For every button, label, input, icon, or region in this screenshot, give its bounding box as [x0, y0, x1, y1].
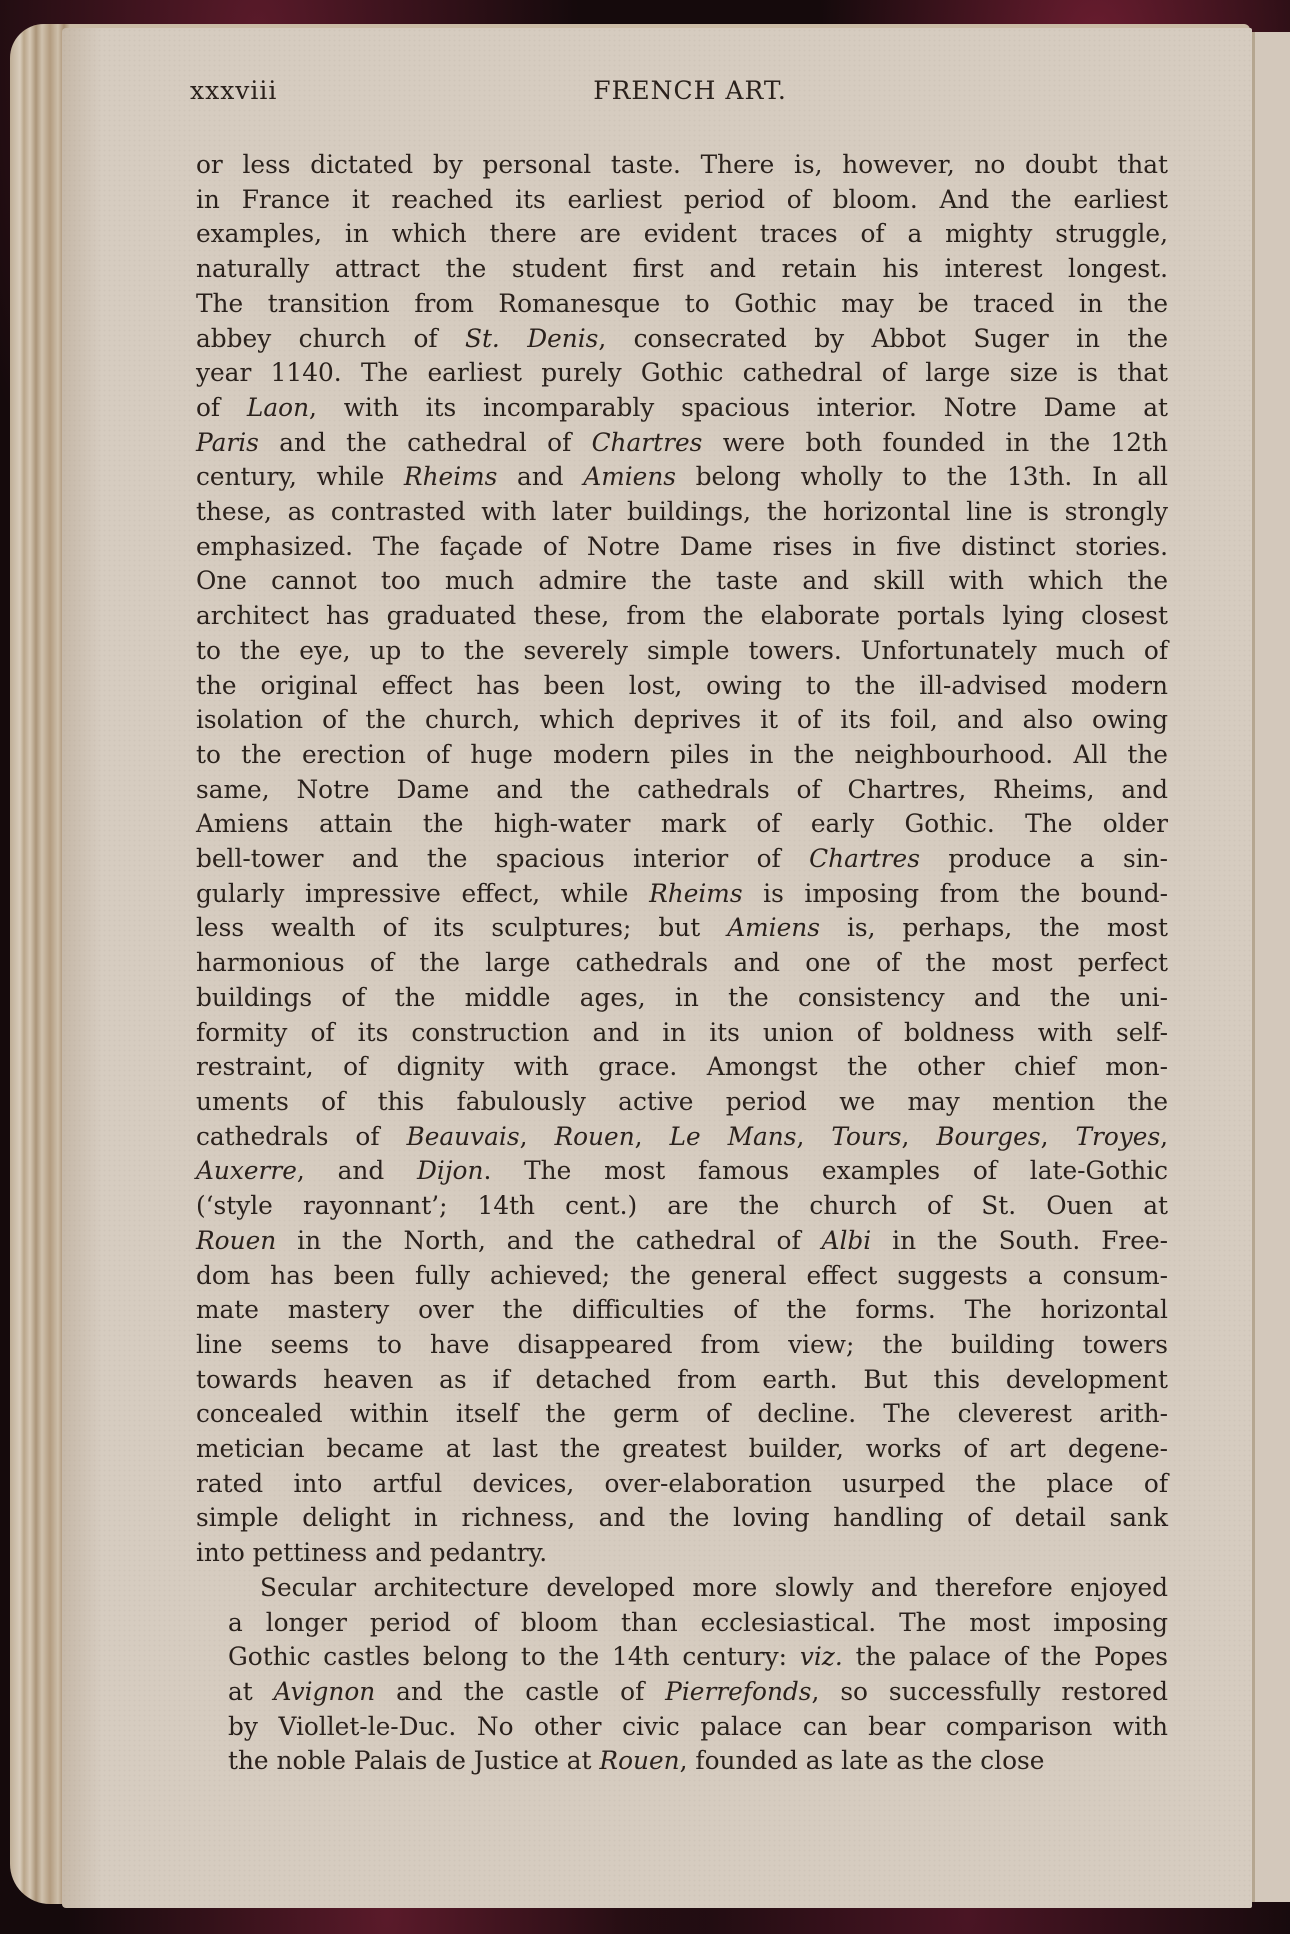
italic-text: St. Denis — [465, 324, 598, 353]
italic-text: Avignon — [274, 1677, 376, 1706]
text-span: , — [520, 1122, 555, 1151]
italic-text: Paris — [196, 428, 259, 457]
text-line: Gothic castles belong to the 14th centur… — [196, 1640, 1168, 1675]
text-line: metician became at last the greatest bui… — [196, 1432, 1168, 1467]
text-span: harmonious of the large cathedrals and o… — [196, 948, 1168, 977]
italic-text: Rheims — [404, 462, 498, 491]
italic-text: Rouen — [196, 1226, 276, 1255]
text-span: gularly impressive effect, while — [196, 879, 649, 908]
text-line: isolation of the church, which deprives … — [196, 703, 1168, 738]
italic-text: Rouen — [599, 1746, 679, 1775]
text-line: or less dictated by personal taste. Ther… — [196, 148, 1168, 183]
text-line: cathedrals of Beauvais, Rouen, Le Mans, … — [196, 1120, 1168, 1155]
italic-text: Bourges — [936, 1122, 1040, 1151]
text-line: to the eye, up to the severely simple to… — [196, 634, 1168, 669]
text-line: Amiens attain the high-water mark of ear… — [196, 807, 1168, 842]
italic-text: Rouen — [554, 1122, 634, 1151]
text-span: dom has been fully achieved; the general… — [196, 1261, 1168, 1290]
text-span: or less dictated by personal taste. Ther… — [196, 150, 1168, 179]
text-line: restraint, of dignity with grace. Amongs… — [196, 1050, 1168, 1085]
text-span: . The most famous examples of late-Gothi… — [483, 1156, 1168, 1185]
italic-text: Le Mans — [670, 1122, 797, 1151]
text-span: , — [1041, 1122, 1076, 1151]
text-span: is imposing from the bound- — [743, 879, 1168, 908]
text-span: , — [635, 1122, 670, 1151]
italic-text: Albi — [822, 1226, 872, 1255]
text-line: dom has been fully achieved; the general… — [196, 1259, 1168, 1294]
italic-text: Amiens — [583, 462, 676, 491]
text-line: to the erection of huge modern piles in … — [196, 738, 1168, 773]
text-line: emphasized. The façade of Notre Dame ris… — [196, 530, 1168, 565]
text-span: to the eye, up to the severely simple to… — [196, 636, 1168, 665]
text-line: Auxerre, and Dijon. The most famous exam… — [196, 1154, 1168, 1189]
text-line: rated into artful devices, over-elaborat… — [196, 1467, 1168, 1502]
text-span: uments of this fabulously active period … — [196, 1087, 1168, 1116]
text-span: Secular architecture developed more slow… — [260, 1573, 1168, 1602]
text-line: towards heaven as if detached from earth… — [196, 1363, 1168, 1398]
text-span: emphasized. The façade of Notre Dame ris… — [196, 532, 1168, 561]
text-line: concealed within itself the germ of decl… — [196, 1397, 1168, 1432]
text-span: mate mastery over the difficulties of th… — [196, 1295, 1168, 1324]
text-line: less wealth of its sculptures; but Amien… — [196, 911, 1168, 946]
running-head: xxxviii FRENCH ART. — [190, 76, 1180, 116]
text-line: Secular architecture developed more slow… — [196, 1571, 1168, 1606]
text-line: (‘style rayonnant’; 14th cent.) are the … — [196, 1189, 1168, 1224]
text-span: and the castle of — [375, 1677, 665, 1706]
text-line: gularly impressive effect, while Rheims … — [196, 877, 1168, 912]
text-line: the original effect has been lost, owing… — [196, 669, 1168, 704]
text-line: uments of this fabulously active period … — [196, 1085, 1168, 1120]
italic-text: Pierrefonds — [665, 1677, 811, 1706]
text-span: restraint, of dignity with grace. Amongs… — [196, 1052, 1168, 1081]
text-span: metician became at last the greatest bui… — [196, 1434, 1168, 1463]
text-span: produce a sin- — [920, 844, 1168, 873]
text-span: by Viollet-le-Duc. No other civic palace… — [228, 1712, 1168, 1741]
text-line: bell-tower and the spacious interior of … — [196, 842, 1168, 877]
paragraph: or less dictated by personal taste. Ther… — [196, 148, 1168, 1571]
italic-text: Auxerre — [196, 1156, 297, 1185]
text-line: Paris and the cathedral of Chartres were… — [196, 426, 1168, 461]
text-span: towards heaven as if detached from earth… — [196, 1365, 1168, 1394]
text-span: , so successfully restored — [812, 1677, 1168, 1706]
text-span: in the North, and the cathedral of — [276, 1226, 821, 1255]
text-line: examples, in which there are evident tra… — [196, 217, 1168, 252]
text-line: into pettiness and pedantry. — [196, 1536, 1168, 1571]
italic-text: Laon — [247, 393, 309, 422]
text-span: bell-tower and the spacious interior of — [196, 844, 809, 873]
text-line: mate mastery over the difficulties of th… — [196, 1293, 1168, 1328]
text-span: , with its incomparably spacious interio… — [309, 393, 1168, 422]
italic-text: Troyes — [1075, 1122, 1160, 1151]
text-span: less wealth of its sculptures; but — [196, 913, 727, 942]
text-span: year 1140. The earliest purely Gothic ca… — [196, 358, 1168, 387]
text-span: simple delight in richness, and the lovi… — [196, 1503, 1168, 1532]
text-span: is, perhaps, the most — [820, 913, 1168, 942]
text-line: One cannot too much admire the taste and… — [196, 564, 1168, 599]
text-span: Amiens attain the high-water mark of ear… — [196, 809, 1168, 838]
text-span: , — [797, 1122, 832, 1151]
text-span: rated into artful devices, over-elaborat… — [196, 1469, 1168, 1498]
italic-text: Chartres — [592, 428, 703, 457]
italic-text: Rheims — [649, 879, 743, 908]
text-line: formity of its construction and in its u… — [196, 1016, 1168, 1051]
text-line: in France it reached its earliest period… — [196, 183, 1168, 218]
text-span: naturally attract the student first and … — [196, 254, 1168, 283]
text-span: buildings of the middle ages, in the con… — [196, 983, 1168, 1012]
text-span: in the South. Free- — [871, 1226, 1168, 1255]
text-span: the palace of the Popes — [843, 1642, 1168, 1671]
italic-text: Chartres — [809, 844, 920, 873]
text-span: Gothic castles belong to the 14th centur… — [228, 1642, 800, 1671]
italic-text: viz. — [800, 1642, 843, 1671]
text-span: were both founded in the 12th — [702, 428, 1168, 457]
text-line: simple delight in richness, and the lovi… — [196, 1501, 1168, 1536]
text-span: to the erection of huge modern piles in … — [196, 740, 1168, 769]
text-span: in France it reached its earliest period… — [196, 185, 1168, 214]
text-span: century, while — [196, 462, 404, 491]
text-span: the original effect has been lost, owing… — [196, 671, 1168, 700]
text-line: at Avignon and the castle of Pierrefonds… — [196, 1675, 1168, 1710]
text-line: abbey church of St. Denis, consecrated b… — [196, 322, 1168, 357]
text-span: cathedrals of — [196, 1122, 406, 1151]
text-span: belong wholly to the 13th. In all — [676, 462, 1168, 491]
text-line: buildings of the middle ages, in the con… — [196, 981, 1168, 1016]
text-line: architect has graduated these, from the … — [196, 599, 1168, 634]
text-span: same, Notre Dame and the cathedrals of C… — [196, 775, 1168, 804]
text-span: a longer period of bloom than ecclesiast… — [228, 1608, 1168, 1637]
text-span: examples, in which there are evident tra… — [196, 219, 1168, 248]
text-span: , founded as late as the close — [680, 1746, 1045, 1775]
text-span: of — [196, 393, 247, 422]
text-line: same, Notre Dame and the cathedrals of C… — [196, 773, 1168, 808]
body-text: or less dictated by personal taste. Ther… — [196, 148, 1168, 1779]
text-span: and the cathedral of — [259, 428, 592, 457]
text-span: formity of its construction and in its u… — [196, 1018, 1168, 1047]
text-span: these, as contrasted with later building… — [196, 497, 1168, 526]
text-line: line seems to have disappeared from view… — [196, 1328, 1168, 1363]
text-line: the noble Palais de Justice at Rouen, fo… — [196, 1744, 1168, 1779]
text-line: of Laon, with its incomparably spacious … — [196, 391, 1168, 426]
text-line: a longer period of bloom than ecclesiast… — [196, 1606, 1168, 1641]
text-span: , consecrated by Abbot Suger in the — [598, 324, 1168, 353]
text-span: the noble Palais de Justice at — [228, 1746, 599, 1775]
text-span: , — [901, 1122, 936, 1151]
text-line: naturally attract the student first and … — [196, 252, 1168, 287]
text-span: isolation of the church, which deprives … — [196, 705, 1168, 734]
text-line: these, as contrasted with later building… — [196, 495, 1168, 530]
text-span: One cannot too much admire the taste and… — [196, 566, 1168, 595]
text-line: century, while Rheims and Amiens belong … — [196, 460, 1168, 495]
text-line: Rouen in the North, and the cathedral of… — [196, 1224, 1168, 1259]
text-span: The transition from Romanesque to Gothic… — [196, 289, 1168, 318]
text-span: line seems to have disappeared from view… — [196, 1330, 1168, 1359]
italic-text: Tours — [831, 1122, 901, 1151]
text-span: abbey church of — [196, 324, 465, 353]
text-span: , and — [297, 1156, 417, 1185]
text-line: harmonious of the large cathedrals and o… — [196, 946, 1168, 981]
text-span: at — [228, 1677, 274, 1706]
text-line: The transition from Romanesque to Gothic… — [196, 287, 1168, 322]
italic-text: Beauvais — [406, 1122, 519, 1151]
text-span: into pettiness and pedantry. — [196, 1538, 547, 1567]
adjacent-page-edge — [1252, 32, 1290, 1902]
text-span: and — [497, 462, 583, 491]
text-span: architect has graduated these, from the … — [196, 601, 1168, 630]
text-line: by Viollet-le-Duc. No other civic palace… — [196, 1710, 1168, 1745]
text-span: concealed within itself the germ of decl… — [196, 1399, 1168, 1428]
text-line: year 1140. The earliest purely Gothic ca… — [196, 356, 1168, 391]
italic-text: Dijon — [417, 1156, 483, 1185]
text-span: (‘style rayonnant’; 14th cent.) are the … — [196, 1191, 1168, 1220]
paragraph: Secular architecture developed more slow… — [196, 1571, 1168, 1779]
running-title: FRENCH ART. — [190, 76, 1180, 105]
text-span: , — [1160, 1122, 1168, 1151]
italic-text: Amiens — [727, 913, 820, 942]
